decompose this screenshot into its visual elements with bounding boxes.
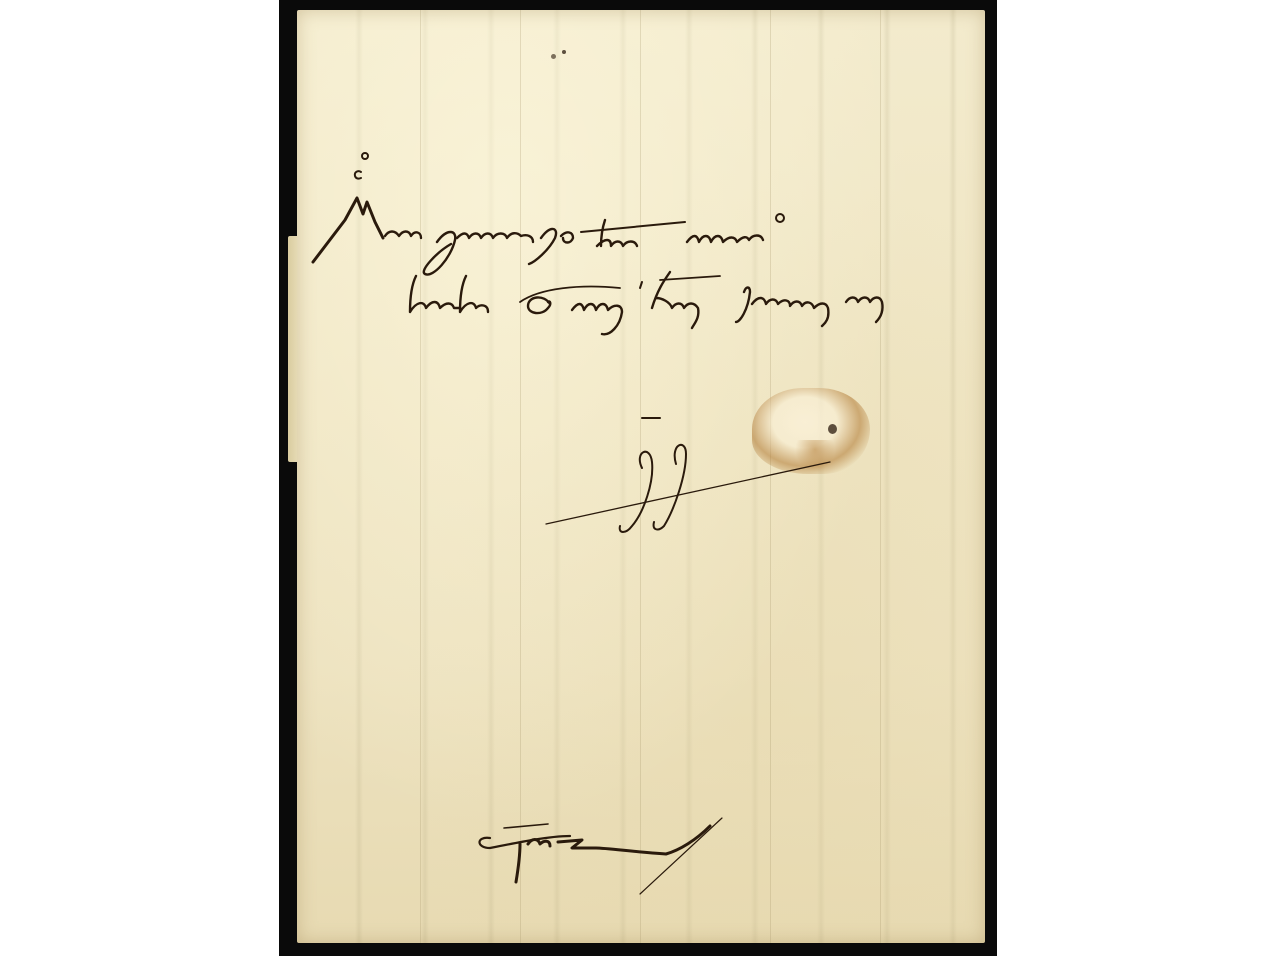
ink-spot xyxy=(551,54,556,59)
address-line-1-text: Magnifico et generoso d(omi)no mar(c)o xyxy=(0,0,1,1)
address-line-2-handwriting xyxy=(400,268,960,328)
ink-spot xyxy=(562,50,566,54)
superscript-mark-text: c° xyxy=(0,0,1,1)
endorsement-text: Pietro xyxy=(0,0,1,1)
ink-dash xyxy=(640,406,664,412)
address-line-1-handwriting xyxy=(305,150,945,270)
endorsement-handwriting xyxy=(470,810,740,900)
numeral-mark-text: jj xyxy=(0,0,1,1)
address-line-2-text: bembo q(uondam) mag(nifi)c(i) d(omi)ni J… xyxy=(0,0,1,1)
jj-numeral-mark xyxy=(540,420,860,550)
